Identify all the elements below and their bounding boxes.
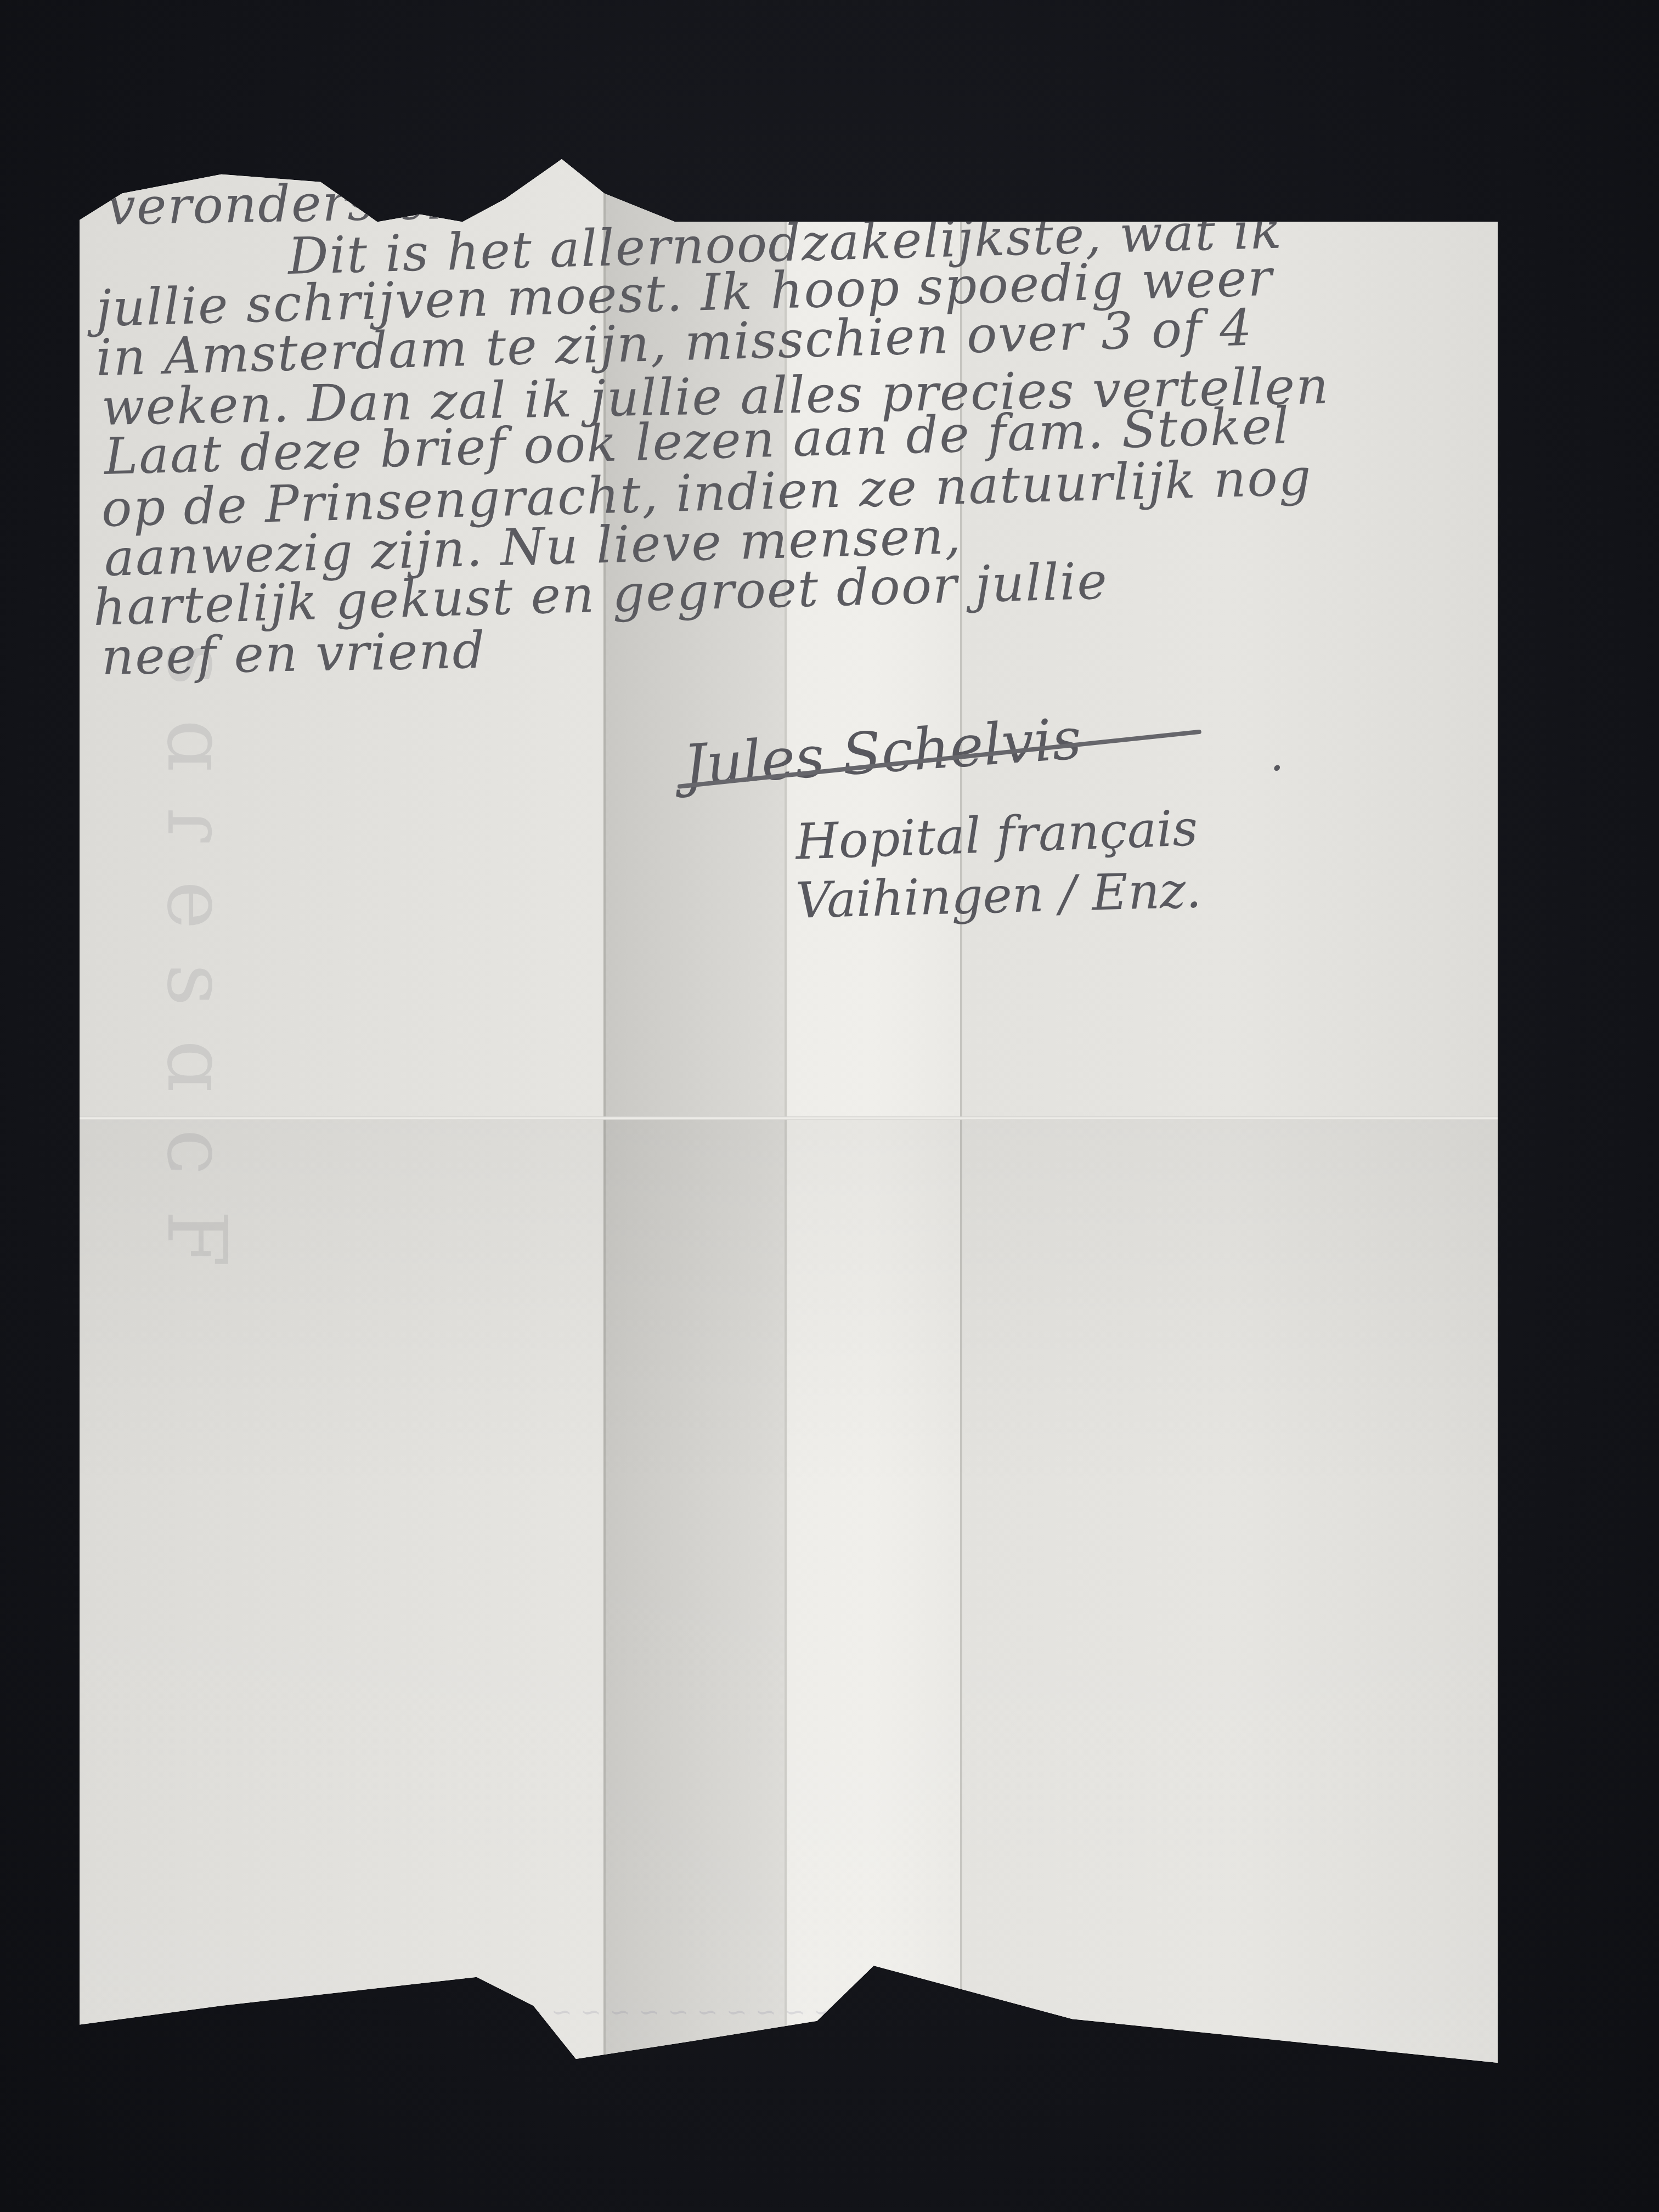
- address-line-city: Vaihingen / Enz.: [795, 861, 1202, 929]
- bleed-through-text-left: ꟻ ɔ ɒ ƨ ɘ ɿ ɒ ƨ: [149, 639, 244, 1267]
- bleed-through-text-bottom: ~ ~ ~ ~ ~ ~ ~ ~ ~ ~ ~ ~ ~ ~ ~: [464, 1997, 893, 2027]
- letter-sheet: ꟻ ɔ ɒ ƨ ɘ ɿ ɒ ƨ ~ ~ ~ ~ ~ ~ ~ ~ ~ ~ ~ ~ …: [80, 159, 1498, 2063]
- letter-line: neef en vriend: [101, 624, 486, 684]
- signature-period: .: [1270, 730, 1284, 781]
- horizontal-fold: [80, 1116, 1498, 1120]
